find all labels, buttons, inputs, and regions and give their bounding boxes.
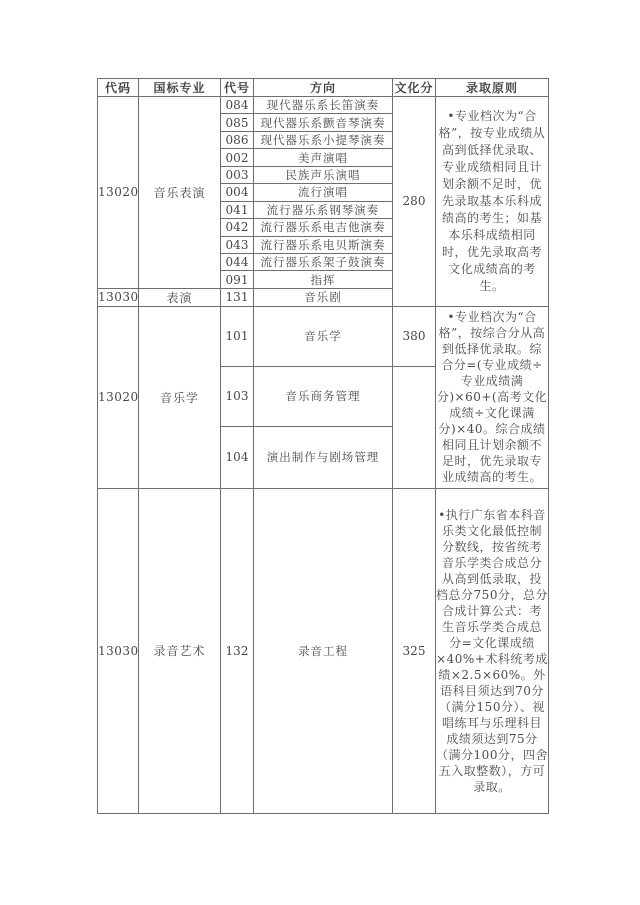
- direction-no: 103: [221, 366, 254, 426]
- direction-name: 音乐商务管理: [254, 366, 393, 426]
- admission-principle-2: •专业档次为“合格”，按综合分从高到低择优录取。综合分=(专业成绩÷专业成绩满分…: [436, 306, 549, 488]
- direction-no: 041: [221, 201, 254, 218]
- header-row: 代码 国标专业 代号 方向 文化分 录取原则: [98, 79, 549, 97]
- direction-name: 流行演唱: [254, 184, 393, 201]
- document-page: 代码 国标专业 代号 方向 文化分 录取原则 130201 音乐表演 084 现…: [0, 0, 640, 905]
- direction-no: 101: [221, 306, 254, 366]
- direction-no: 043: [221, 236, 254, 253]
- header-principle: 录取原则: [436, 79, 549, 97]
- major-name-luyinyishu: 录音艺术: [139, 488, 221, 813]
- major-name-biaoyan: 表演: [139, 288, 221, 306]
- direction-no: 044: [221, 253, 254, 270]
- direction-name: 演出制作与剧场管理: [254, 426, 393, 488]
- admission-principle-1: •专业档次为“合格”，按专业成绩从高到低择优录取、专业成绩相同且计划余额不足时，…: [436, 97, 549, 307]
- direction-no: 004: [221, 184, 254, 201]
- table-row: 130308 录音艺术 132 录音工程 325 •执行广东省本科音乐类文化最低…: [98, 488, 549, 813]
- direction-name: 音乐剧: [254, 288, 393, 306]
- direction-no: 002: [221, 149, 254, 166]
- direction-no: 084: [221, 97, 254, 114]
- header-code: 代码: [98, 79, 139, 97]
- direction-no: 042: [221, 219, 254, 236]
- direction-no: 085: [221, 114, 254, 131]
- direction-name: 录音工程: [254, 488, 393, 813]
- direction-name: 流行器乐系钢琴演奏: [254, 201, 393, 218]
- direction-name: 音乐学: [254, 306, 393, 366]
- culture-score-325: 325: [393, 488, 436, 813]
- direction-no: 091: [221, 271, 254, 288]
- direction-name: 流行器乐系电贝斯演奏: [254, 236, 393, 253]
- admission-principle-3: •执行广东省本科音乐类文化最低控制分数线，按省统考音乐学类合成总分从高到低录取，…: [436, 488, 549, 813]
- direction-name: 现代器乐系颤音琴演奏: [254, 114, 393, 131]
- direction-name: 指挥: [254, 271, 393, 288]
- admission-score-table: 代码 国标专业 代号 方向 文化分 录取原则 130201 音乐表演 084 现…: [97, 78, 549, 814]
- major-code-130301: 130301: [98, 288, 139, 306]
- direction-no: 086: [221, 131, 254, 148]
- direction-no: 003: [221, 166, 254, 183]
- direction-name: 民族声乐演唱: [254, 166, 393, 183]
- major-code-130201: 130201: [98, 97, 139, 289]
- header-culture: 文化分: [393, 79, 436, 97]
- direction-no: 131: [221, 288, 254, 306]
- table-row: 130201 音乐表演 084 现代器乐系长笛演奏 280 •专业档次为“合格”…: [98, 97, 549, 114]
- direction-name: 流行器乐系电吉他演奏: [254, 219, 393, 236]
- major-code-130202: 130202: [98, 306, 139, 488]
- direction-name: 现代器乐系小提琴演奏: [254, 131, 393, 148]
- header-direction: 方向: [254, 79, 393, 97]
- direction-name: 美声演唱: [254, 149, 393, 166]
- direction-name: 现代器乐系长笛演奏: [254, 97, 393, 114]
- header-no: 代号: [221, 79, 254, 97]
- major-name-yinyuexue: 音乐学: [139, 306, 221, 488]
- table-row: 130202 音乐学 101 音乐学 380 •专业档次为“合格”，按综合分从高…: [98, 306, 549, 366]
- major-code-130308: 130308: [98, 488, 139, 813]
- culture-score-empty: [393, 366, 436, 488]
- header-major: 国标专业: [139, 79, 221, 97]
- culture-score-280: 280: [393, 97, 436, 307]
- direction-name: 流行器乐系架子鼓演奏: [254, 253, 393, 270]
- major-name-yinyuebiaoyan: 音乐表演: [139, 97, 221, 289]
- culture-score-380: 380: [393, 306, 436, 366]
- direction-no: 132: [221, 488, 254, 813]
- direction-no: 104: [221, 426, 254, 488]
